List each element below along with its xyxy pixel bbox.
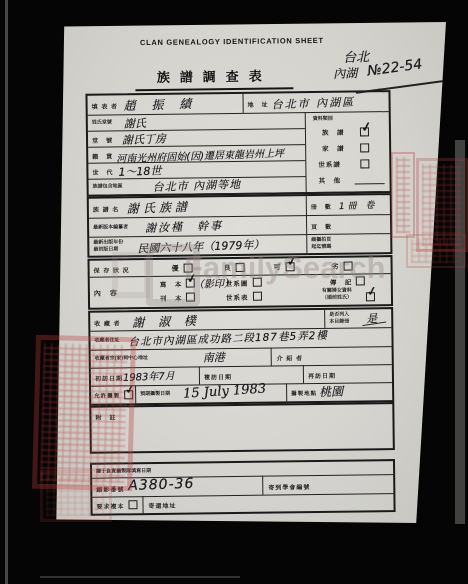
divider	[135, 385, 136, 403]
category-column: 資料類別 族 譜 ✓ 家 譜 世系譜 其 他	[305, 111, 391, 192]
watermark-logo-partial	[112, 252, 150, 298]
seal-glyph-texture	[40, 343, 128, 483]
other-blank-line	[355, 183, 385, 184]
content-checkbox-lineage-table	[253, 292, 262, 301]
form-title-chinese: 族譜調查表	[135, 65, 293, 91]
generations-label: 世 代	[92, 167, 113, 176]
category-header: 資料類別	[313, 116, 333, 122]
genealogy-name-value: 謝氏族譜	[127, 198, 192, 217]
form-title-english: CLAN GENEALOGY IDENTIFICATION SHEET	[87, 35, 377, 48]
film-label-line1: 縮攝拍頁	[311, 237, 331, 243]
seal-glyph-texture	[396, 157, 410, 233]
red-seal-stamp-left-lower	[40, 470, 112, 522]
surname-label: 姓氏堂號	[92, 119, 112, 125]
category-item-label: 其 他	[318, 176, 341, 185]
filming-place-label: 攝製地點	[291, 389, 317, 397]
volumes-value: 1 冊 卷	[339, 198, 375, 212]
filler-value: 趙 振 績	[123, 95, 197, 115]
address-label: 地 址	[248, 100, 269, 109]
copy-request-checkbox	[128, 500, 137, 509]
seal-glyph-texture	[46, 476, 106, 516]
checkmark: ✓	[360, 119, 373, 134]
watermark-text: FamilySearch	[184, 250, 386, 286]
red-seal-stamp-right-numbers	[406, 234, 466, 268]
handwritten-note-district: 內湖	[333, 64, 358, 82]
genealogy-name-label: 族 譜 名	[93, 204, 119, 213]
microfilm-photo-frame: { "colors": {"stamp_red": "#ba3a36", "pa…	[0, 0, 468, 584]
address-value: 台北市 內湖區	[271, 94, 355, 113]
filming-date-value: 15 July 1983	[183, 381, 267, 401]
section-notes: 附 註	[89, 402, 395, 454]
pages-label: 頁 數	[311, 222, 332, 231]
area-label: 族譜包含地區	[93, 183, 123, 189]
section-volume: 族 譜 名 謝氏族譜 冊 數 1 冊 卷 最新版本編纂者 謝汝槿 幹事 頁 數 …	[87, 193, 393, 258]
divider	[271, 348, 272, 366]
introducer-label: 介 紹 者	[277, 353, 303, 362]
section-office-use: 關于負責攝製隊填寫日期 縮影番號 A380-36 寄到學會編號 要求複本 寄還地…	[90, 459, 396, 516]
revisit-label: 複訪日期	[204, 372, 232, 381]
filming-date-label: 預期攝製日期	[140, 391, 170, 397]
category-item-label: 族 譜	[322, 128, 345, 137]
category-checkbox-jiapu	[360, 143, 369, 152]
divider	[199, 366, 200, 384]
checkmark: ✓	[366, 284, 378, 298]
film-number-value: A380-36	[128, 476, 195, 494]
return-address-label: 寄還地址	[148, 501, 176, 510]
women-label-line2: （婚前姓氏）	[322, 295, 352, 301]
listed-label-line1: 是否列入	[329, 312, 349, 318]
compiler-label: 最新版本編纂者	[93, 224, 128, 230]
row-copy-request: 要求複本 寄還地址	[92, 493, 393, 514]
filler-label: 填 表 者	[92, 101, 118, 110]
section-registry: 填 表 者 趙 振 績 地 址 台北市 內湖區 姓氏堂號 謝氏 堂 號 謝氏丁房…	[85, 90, 391, 197]
area-value: 台北市 內湖等地	[152, 176, 241, 195]
category-item-label: 家 譜	[322, 144, 345, 153]
category-item-label: 世系譜	[318, 160, 341, 169]
clan-center-value: 南港	[202, 349, 225, 366]
volumes-label: 冊 數	[311, 202, 332, 211]
compiler-value: 謝汝槿 幹事	[145, 217, 224, 236]
divider	[303, 365, 304, 383]
holder-label: 收 藏 者	[94, 318, 120, 327]
third-visit-label: 再訪日期	[308, 371, 336, 380]
surname-value: 謝氏	[124, 115, 147, 132]
women-label-line1: 有關婦女資料	[322, 288, 352, 294]
divider	[142, 496, 143, 513]
red-seal-stamp-right-vertical	[391, 152, 415, 238]
handwritten-note-number: №22-54	[366, 56, 423, 79]
society-number-label: 寄到學會編號	[268, 482, 310, 492]
divider	[286, 383, 287, 401]
red-seal-stamp-left-large	[32, 335, 136, 492]
holder-value: 謝 淑 樸	[132, 312, 201, 331]
category-checkbox-shixipu	[360, 159, 369, 168]
listed-label-line2: 本目錄冊	[329, 319, 349, 325]
filming-place-value: 桃園	[319, 382, 344, 400]
divider	[262, 476, 263, 495]
seal-glyph-texture	[411, 239, 461, 263]
divider	[242, 94, 243, 113]
hall-label: 堂 號	[92, 135, 113, 144]
row-filming: 允許攝製 ✓ 預期攝製日期 15 July 1983 攝製地點 桃園	[91, 382, 392, 404]
origin-label: 籍 貫	[92, 151, 113, 160]
pubyear-label-line1: 最新出版年份	[93, 239, 123, 245]
content-item-label: 世系表	[226, 293, 249, 302]
divider	[324, 310, 325, 328]
